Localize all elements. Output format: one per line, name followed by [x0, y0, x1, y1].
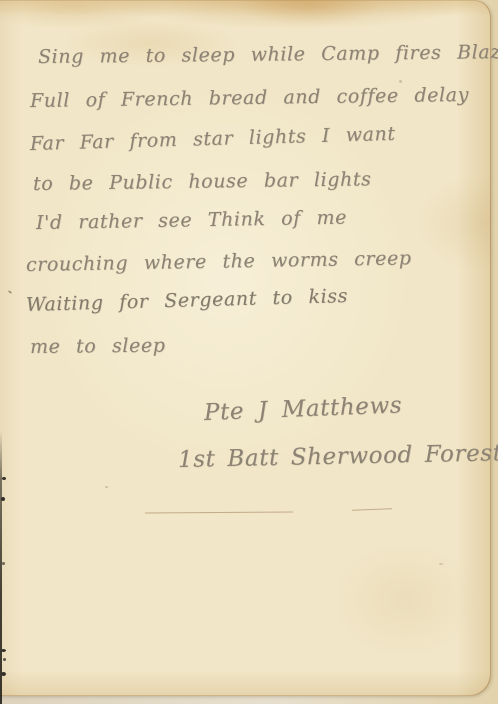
signature-name: Pte J Matthews [204, 392, 403, 426]
paper-speck [105, 486, 108, 488]
pencil-divider-line [145, 511, 293, 513]
signature-unit: 1st Batt Sherwood Foresters [178, 439, 498, 473]
poem-line: Waiting for Sergeant to kiss [26, 285, 349, 316]
binding-hole [2, 562, 5, 565]
poem-line: me to sleep [30, 335, 166, 358]
pencil-divider-stroke [352, 508, 392, 510]
binding-hole [3, 658, 6, 661]
binding-edge-shadow [0, 430, 2, 704]
poem-line: Sing me to sleep while Camp fires Blaze [38, 41, 498, 68]
paper-speck [439, 563, 443, 565]
paper-stain [240, 0, 380, 26]
paper-speck [8, 290, 12, 294]
paper-speck [399, 80, 402, 83]
scanned-document: Sing me to sleep while Camp fires Blaze … [0, 0, 498, 704]
poem-line: crouching where the worms creep [26, 247, 412, 276]
poem-line: Full of French bread and coffee delay [30, 84, 469, 112]
binding-hole [2, 477, 6, 480]
poem-line: I'd rather see Think of me [36, 207, 347, 234]
binding-hole [1, 649, 6, 652]
poem-line: to be Public house bar lights [33, 168, 372, 195]
poem-line: Far Far from star lights I want [30, 123, 396, 155]
binding-hole [1, 672, 6, 676]
paper-stain [330, 540, 480, 660]
notebook-page: Sing me to sleep while Camp fires Blaze … [0, 0, 491, 696]
binding-hole [1, 497, 5, 501]
